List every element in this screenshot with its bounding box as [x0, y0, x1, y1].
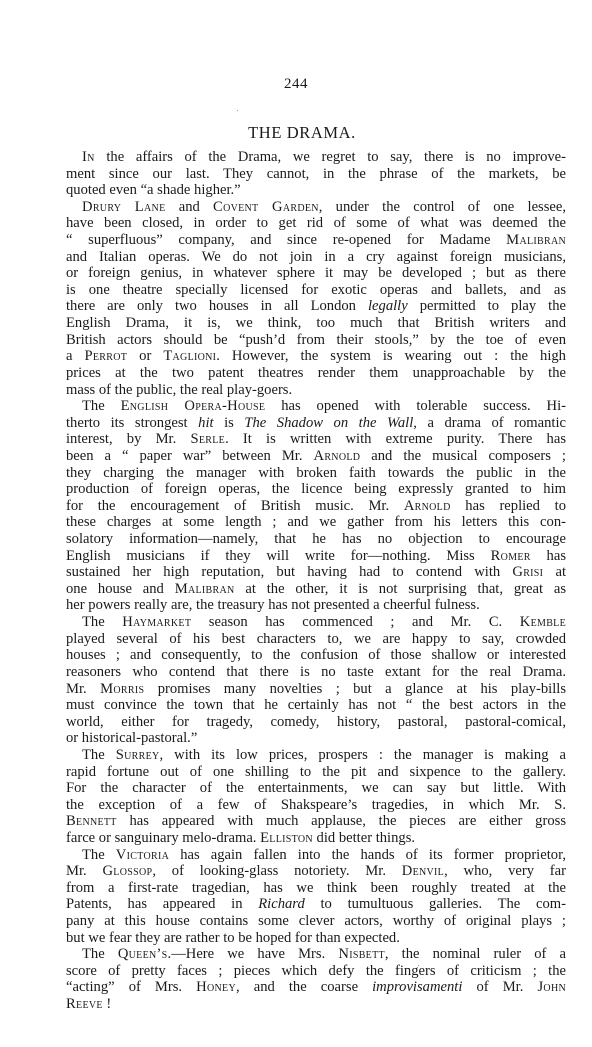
scan-speck [418, 965, 419, 966]
text-run: The [82, 946, 118, 962]
small-caps-name: Queen’s [118, 946, 168, 962]
text-run: at [543, 564, 566, 580]
paragraph: The Queen’s.—Here we have Mrs. Nisbett, … [66, 946, 566, 1012]
text-run: is [214, 415, 245, 431]
text-line: prices at the two patent theatres render… [66, 365, 566, 382]
text-run: the exception of a few of Shakspeare’s t… [66, 797, 566, 813]
text-run: pany at this house contains some clever … [66, 913, 566, 929]
small-caps-name: Arnold [313, 448, 360, 464]
text-run: these charges at some length ; and we ga… [66, 514, 566, 530]
text-line: “ superfluous” company, and since re-ope… [66, 232, 566, 249]
text-line: her powers really are, the treasury has … [66, 597, 566, 614]
text-run: solatory information—namely, that he has… [66, 531, 566, 547]
text-run: been a “ paper war” between Mr. [66, 448, 313, 464]
text-line: they charging the manager with broken fa… [66, 465, 566, 482]
small-caps-name: Morris [100, 681, 144, 697]
text-run: interest, by Mr. [66, 431, 190, 447]
text-line: but we fear they are rather to be hoped … [66, 930, 566, 947]
small-caps-name: Romer [491, 548, 531, 564]
small-caps-name: Surrey [116, 747, 160, 763]
text-line: for the encouragement of British music. … [66, 498, 566, 515]
small-caps-name: Nisbett [338, 946, 385, 962]
text-run: rapid fortune out of one shilling to the… [66, 764, 566, 780]
text-run: The [82, 614, 122, 630]
paragraph: In the affairs of the Drama, we regret t… [66, 149, 566, 199]
text-line: must convince the town that he certainly… [66, 697, 566, 714]
text-run: reasoners who contend that there is no t… [66, 664, 566, 680]
text-line: ment since our last. They cannot, in the… [66, 166, 566, 183]
small-caps-name: Malibran [506, 232, 566, 248]
text-line: one house and Malibran at the other, it … [66, 581, 566, 598]
text-line: production of foreign operas, the licenc… [66, 481, 566, 498]
page-number: 244 [0, 76, 592, 93]
text-run: the affairs of the Drama, we regret to s… [95, 149, 566, 165]
text-run: her powers really are, the treasury has … [66, 597, 480, 613]
text-run: For the character of the entertainments,… [66, 780, 566, 796]
text-line: world, either for tragedy, comedy, histo… [66, 714, 566, 731]
text-run: have been closed, in order to get rid of… [66, 215, 566, 231]
text-run: or foreign genius, in whatever sphere it… [66, 265, 566, 281]
text-run: has again fallen into the hands of its f… [169, 847, 566, 863]
small-caps-name: Kemble [520, 614, 566, 630]
text-run: played several of his best characters to… [66, 631, 566, 647]
small-caps-name: Serle [190, 431, 225, 447]
text-run: British actors should be “push’d from th… [66, 332, 566, 348]
text-run: The [82, 398, 121, 414]
text-run: and [165, 199, 213, 215]
text-run: must convince the town that he certainly… [66, 697, 566, 713]
text-line: Reeve ! [66, 996, 566, 1013]
text-run: score of pretty faces ; pieces which def… [66, 963, 566, 979]
text-line: score of pretty faces ; pieces which def… [66, 963, 566, 980]
paragraph: Drury Lane and Covent Garden, under the … [66, 199, 566, 398]
text-run: Patents, has appeared in [66, 896, 258, 912]
italic-text: improvisamenti [372, 979, 462, 995]
small-caps-name: Glossop [102, 863, 152, 879]
text-line: The Queen’s.—Here we have Mrs. Nisbett, … [66, 946, 566, 963]
text-run: world, either for tragedy, comedy, histo… [66, 714, 566, 730]
text-run: , under the control of one lessee, [319, 199, 566, 215]
small-caps-name: Arnold [404, 498, 451, 514]
text-line: The Surrey, with its low prices, prosper… [66, 747, 566, 764]
text-run: has replied to [451, 498, 566, 514]
text-run: at the other, it is not surprising that,… [235, 581, 566, 597]
text-line: these charges at some length ; and we ga… [66, 514, 566, 531]
text-line: sustained her high reputation, but havin… [66, 564, 566, 581]
paragraph: The English Opera-House has opened with … [66, 398, 566, 614]
text-line: British actors should be “push’d from th… [66, 332, 566, 349]
text-run: houses ; and consequently, to the confus… [66, 647, 566, 663]
text-line: quoted even “a shade higher.” [66, 182, 566, 199]
text-line: from a first-rate tragedian, has we thin… [66, 880, 566, 897]
small-caps-name: Haymarket [122, 614, 191, 630]
text-run: The [82, 747, 116, 763]
text-line: been a “ paper war” between Mr. Arnold a… [66, 448, 566, 465]
text-line: Mr. Glossop, of looking-glass notoriety.… [66, 863, 566, 880]
text-run: one house and [66, 581, 175, 597]
small-caps-name: Honey [196, 979, 236, 995]
small-caps-name: Denvil [402, 863, 444, 879]
small-caps-name: In [82, 149, 95, 165]
article-body: In the affairs of the Drama, we regret t… [66, 149, 566, 1013]
text-line: English musicians if they will write for… [66, 548, 566, 565]
text-line: the exception of a few of Shakspeare’s t… [66, 797, 566, 814]
text-line: The English Opera-House has opened with … [66, 398, 566, 415]
text-run: English Drama, it is, we think, too much… [66, 315, 566, 331]
text-line: Drury Lane and Covent Garden, under the … [66, 199, 566, 216]
text-run: prices at the two patent theatres render… [66, 365, 566, 381]
text-line: there are only two houses in all London … [66, 298, 566, 315]
text-line: and Italian operas. We do not join in a … [66, 249, 566, 266]
text-run: “acting” of Mrs. [66, 979, 196, 995]
text-line: rapid fortune out of one shilling to the… [66, 764, 566, 781]
text-run: Mr. [66, 681, 100, 697]
text-line: Bennett has appeared with much applause,… [66, 813, 566, 830]
text-line: pany at this house contains some clever … [66, 913, 566, 930]
text-run: season has commenced ; and Mr. C. [191, 614, 520, 630]
text-line: For the character of the entertainments,… [66, 780, 566, 797]
text-run: quoted even “a shade higher.” [66, 182, 241, 198]
italic-text: legally [368, 298, 408, 314]
text-run: a [66, 348, 84, 364]
text-run: .—Here we have Mrs. [168, 946, 339, 962]
text-run: , of looking-glass notoriety. Mr. [152, 863, 401, 879]
italic-text: The Shadow on the Wall, [244, 415, 417, 431]
paragraph: The Surrey, with its low prices, prosper… [66, 747, 566, 847]
text-line: interest, by Mr. Serle. It is written wi… [66, 431, 566, 448]
text-line: a Perrot or Taglioni. However, the syste… [66, 348, 566, 365]
small-caps-name: Malibran [175, 581, 235, 597]
text-run: a drama of romantic [417, 415, 566, 431]
text-run: they charging the manager with broken fa… [66, 465, 566, 481]
text-run: Mr. [66, 863, 102, 879]
book-page: 244 THE DRAMA. In the affairs of the Dra… [0, 0, 592, 1047]
small-caps-name: Bennett [66, 813, 117, 829]
small-caps-name: Perrot [84, 348, 127, 364]
text-line: therto its strongest hit is The Shadow o… [66, 415, 566, 432]
text-line: Patents, has appeared in Richard to tumu… [66, 896, 566, 913]
small-caps-name: Taglioni [163, 348, 216, 364]
scan-speck [237, 110, 238, 111]
small-caps-name: Reeve [66, 996, 103, 1012]
text-line: or foreign genius, in whatever sphere it… [66, 265, 566, 282]
text-line: solatory information—namely, that he has… [66, 531, 566, 548]
text-run: , who, very far [444, 863, 566, 879]
text-run: has opened with tolerable success. Hi- [265, 398, 566, 414]
text-line: Mr. Morris promises many novelties ; but… [66, 681, 566, 698]
text-run: from a first-rate tragedian, has we thin… [66, 880, 566, 896]
text-line: English Drama, it is, we think, too much… [66, 315, 566, 332]
text-line: mass of the public, the real play-goers. [66, 382, 566, 399]
text-line: The Victoria has again fallen into the h… [66, 847, 566, 864]
small-caps-name: Covent Garden [213, 199, 319, 215]
italic-text: hit [198, 415, 213, 431]
text-run: and Italian operas. We do not join in a … [66, 249, 566, 265]
text-line: houses ; and consequently, to the confus… [66, 647, 566, 664]
text-run: therto its strongest [66, 415, 198, 431]
text-run: promises many novelties ; but a glance a… [144, 681, 566, 697]
text-run: permitted to play the [408, 298, 566, 314]
text-line: In the affairs of the Drama, we regret t… [66, 149, 566, 166]
text-line: The Haymarket season has commenced ; and… [66, 614, 566, 631]
text-run: English musicians if they will write for… [66, 548, 491, 564]
text-run: farce or sanguinary melo-drama. [66, 830, 260, 846]
small-caps-name: English Opera-House [121, 398, 266, 414]
text-run: , and the coarse [236, 979, 372, 995]
text-run: sustained her high reputation, but havin… [66, 564, 512, 580]
text-run: ment since our last. They cannot, in the… [66, 166, 566, 182]
small-caps-name: Victoria [116, 847, 169, 863]
small-caps-name: John [537, 979, 566, 995]
text-run: ! [103, 996, 112, 1012]
text-run: and the musical composers ; [360, 448, 566, 464]
text-line: farce or sanguinary melo-drama. Elliston… [66, 830, 566, 847]
text-run: , with its low prices, prospers : the ma… [160, 747, 566, 763]
text-run: mass of the public, the real play-goers. [66, 382, 292, 398]
text-run: but we fear they are rather to be hoped … [66, 930, 400, 946]
text-run: or historical-pastoral.” [66, 730, 197, 746]
text-run: “ superfluous” company, and since re-ope… [66, 232, 506, 248]
text-run: has appeared with much applause, the pie… [117, 813, 566, 829]
paragraph: The Victoria has again fallen into the h… [66, 847, 566, 947]
text-run: The [82, 847, 116, 863]
italic-text: Richard [258, 896, 304, 912]
paragraph: The Haymarket season has commenced ; and… [66, 614, 566, 747]
text-line: played several of his best characters to… [66, 631, 566, 648]
text-line: have been closed, in order to get rid of… [66, 215, 566, 232]
text-run: has [531, 548, 566, 564]
text-run: production of foreign operas, the licenc… [66, 481, 566, 497]
text-run: , the nominal ruler of a [385, 946, 566, 962]
text-run: there are only two houses in all London [66, 298, 368, 314]
text-run: . However, the system is wearing out : t… [216, 348, 566, 364]
text-run: to tumultuous galleries. The com- [305, 896, 566, 912]
text-run: for the encouragement of British music. … [66, 498, 404, 514]
chapter-title: THE DRAMA. [0, 123, 592, 143]
text-run: is one theatre specially licensed for ex… [66, 282, 566, 298]
text-run: . It is written with extreme purity. The… [225, 431, 566, 447]
text-line: reasoners who contend that there is no t… [66, 664, 566, 681]
text-run: or [127, 348, 163, 364]
text-line: or historical-pastoral.” [66, 730, 566, 747]
text-line: “acting” of Mrs. Honey, and the coarse i… [66, 979, 566, 996]
small-caps-name: Elliston [260, 830, 313, 846]
text-line: is one theatre specially licensed for ex… [66, 282, 566, 299]
text-run: did better things. [313, 830, 415, 846]
text-run: of Mr. [462, 979, 537, 995]
small-caps-name: Drury Lane [82, 199, 165, 215]
small-caps-name: Grisi [512, 564, 543, 580]
